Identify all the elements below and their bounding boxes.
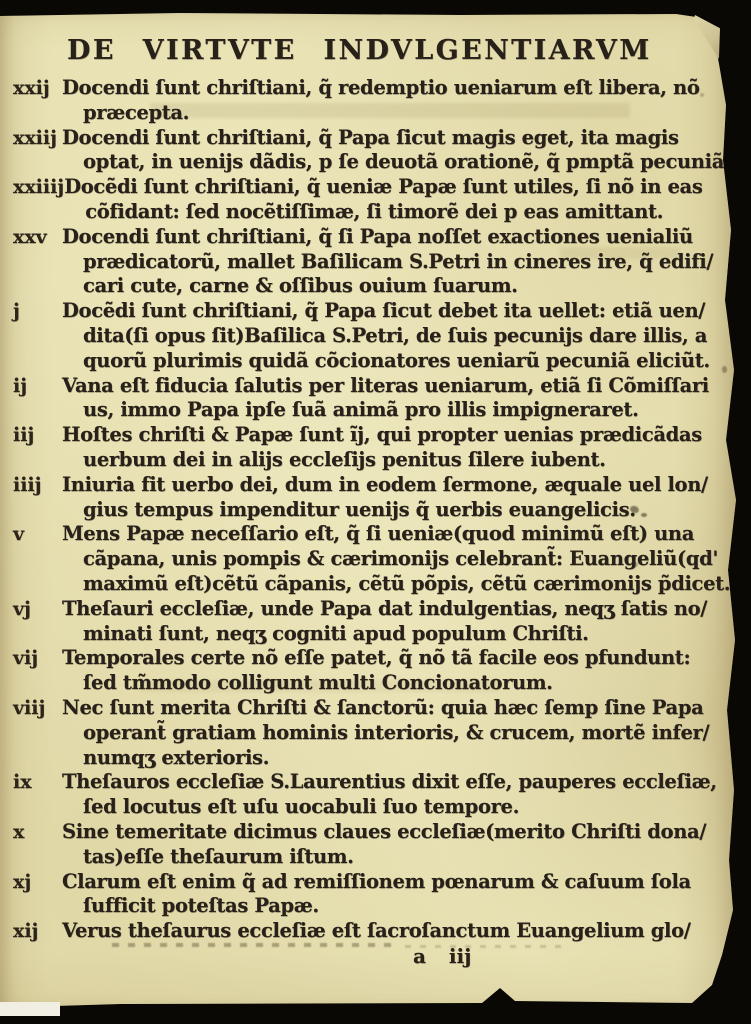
thesis-line: optat, in uenijs dãdis, p ſe deuotã orat… bbox=[62, 150, 751, 175]
thesis-row: xj Clarum eſt enim q̃ ad remiſſionem pœn… bbox=[0, 870, 751, 920]
thesis-number: xxiiij bbox=[0, 175, 64, 200]
thesis-line: Theſauri eccleſiæ, unde Papa dat indulge… bbox=[62, 597, 751, 622]
thesis-line: Docendi ſunt chriſtiani, q̃ redemptio ue… bbox=[62, 76, 751, 101]
thesis-number: vj bbox=[0, 597, 62, 622]
thesis-number: j bbox=[0, 299, 62, 324]
thesis-line: Sine temeritate dicimus claues eccleſiæ(… bbox=[62, 820, 751, 845]
thesis-line: operant̃ gratiam hominis interioris, & c… bbox=[62, 721, 751, 746]
thesis-number: iij bbox=[0, 423, 62, 448]
thesis-row: x Sine temeritate dicimus claues eccleſi… bbox=[0, 820, 751, 870]
thesis-number: viij bbox=[0, 696, 62, 721]
thesis-line: cari cute, carne & oſſibus ouium ſuarum. bbox=[62, 274, 751, 299]
thesis-row: vij Temporales certe nõ eſſe patet, q̃ n… bbox=[0, 646, 751, 696]
thesis-line: maximũ eſt)cẽtũ cãpanis, cẽtũ põpis, cẽt… bbox=[62, 572, 751, 597]
thesis-line: cãpana, unis pompis & cærimonijs celebra… bbox=[62, 547, 751, 572]
thesis-number: xj bbox=[0, 870, 62, 895]
thesis-number: xij bbox=[0, 919, 62, 944]
thesis-number: x bbox=[0, 820, 62, 845]
thesis-row: xxiiij Docẽdi ſunt chriſtiani, q̃ ueniæ … bbox=[0, 175, 751, 225]
book-scan: DE VIRTVTE INDVLGENTIARVM xxij Docendi ſ… bbox=[0, 0, 751, 1024]
thesis-number: xxv bbox=[0, 225, 62, 250]
thesis-line: Clarum eſt enim q̃ ad remiſſionem pœnaru… bbox=[62, 870, 751, 895]
thesis-line: Temporales certe nõ eſſe patet, q̃ nõ tã… bbox=[62, 646, 751, 671]
thesis-line: Docẽdi ſunt chriſtiani, q̃ ueniæ Papæ ſu… bbox=[64, 175, 751, 200]
thesis-line: Hoſtes chriſti & Papæ ſunt ĩj, qui propt… bbox=[62, 423, 751, 448]
book-page: DE VIRTVTE INDVLGENTIARVM xxij Docendi ſ… bbox=[0, 0, 751, 1024]
thesis-line: Docendi ſunt chriſtiani, q̃ Papa ſicut m… bbox=[62, 126, 751, 151]
thesis-number: iiij bbox=[0, 473, 62, 498]
thesis-line: cõfidant: ſed nocẽtiſſimæ, ſi timorẽ dei… bbox=[64, 200, 751, 225]
page-title: DE VIRTVTE INDVLGENTIARVM bbox=[67, 35, 652, 66]
thesis-line: Iniuria fit uerbo dei, dum in eodem ſerm… bbox=[62, 473, 751, 498]
thesis-number: xxij bbox=[0, 76, 62, 101]
thesis-number: ix bbox=[0, 770, 62, 795]
thesis-row: iiij Iniuria fit uerbo dei, dum in eodem… bbox=[0, 473, 751, 523]
thesis-number: vij bbox=[0, 646, 62, 671]
scanner-bed-sliver bbox=[0, 1002, 60, 1016]
thesis-row: xxiij Docendi ſunt chriſtiani, q̃ Papa ſ… bbox=[0, 126, 751, 176]
thesis-line: dita(ſi opus ſit)Baſilica S.Petri, de ſu… bbox=[62, 324, 751, 349]
thesis-line: numqʒ exterioris. bbox=[62, 746, 751, 771]
quire-signature: a iij bbox=[0, 944, 751, 969]
thesis-row: viij Nec ſunt merita Chriſti & ſanctorũ:… bbox=[0, 696, 751, 770]
thesis-row: vj Theſauri eccleſiæ, unde Papa dat indu… bbox=[0, 597, 751, 647]
thesis-number: xxiij bbox=[0, 126, 62, 151]
thesis-line: Theſauros eccleſiæ S.Laurentius dixit eſ… bbox=[62, 770, 751, 795]
thesis-number: v bbox=[0, 522, 62, 547]
thesis-line: Nec ſunt merita Chriſti & ſanctorũ: quia… bbox=[62, 696, 751, 721]
thesis-row: xxij Docendi ſunt chriſtiani, q̃ redempt… bbox=[0, 76, 751, 126]
theses-list: xxij Docendi ſunt chriſtiani, q̃ redempt… bbox=[0, 76, 751, 969]
thesis-line: Docendi ſunt chriſtiani, q̃ ſi Papa noſſ… bbox=[62, 225, 751, 250]
thesis-line: ſed tm̃modo colligunt multi Concionatoru… bbox=[62, 671, 751, 696]
thesis-row: v Mens Papæ neceſſario eſt, q̃ ſi ueniæ(… bbox=[0, 522, 751, 596]
thesis-row: ij Vana eſt fiducia ſalutis per literas … bbox=[0, 374, 751, 424]
thesis-line: gius tempus impenditur uenijs q̃ uerbis … bbox=[62, 498, 751, 523]
thesis-line: Mens Papæ neceſſario eſt, q̃ ſi ueniæ(qu… bbox=[62, 522, 751, 547]
thesis-number: ij bbox=[0, 374, 62, 399]
thesis-line: quorũ plurimis quidã cõcionatores ueniar… bbox=[62, 349, 751, 374]
thesis-row: iij Hoſtes chriſti & Papæ ſunt ĩj, qui p… bbox=[0, 423, 751, 473]
thesis-line: Vana eſt fiducia ſalutis per literas uen… bbox=[62, 374, 751, 399]
thesis-row: j Docẽdi ſunt chriſtiani, q̃ Papa ſicut … bbox=[0, 299, 751, 373]
thesis-line: Verus theſaurus eccleſiæ eſt ſacroſanctu… bbox=[62, 919, 751, 944]
thesis-line: ſufficit poteſtas Papæ. bbox=[62, 894, 751, 919]
thesis-line: us, immo Papa ipſe ſuã animã pro illis i… bbox=[62, 398, 751, 423]
thesis-line: prædicatorũ, mallet Baſilicam S.Petri in… bbox=[62, 250, 751, 275]
thesis-line: uerbum dei in alijs eccleſijs penitus ſi… bbox=[62, 448, 751, 473]
thesis-row: xxv Docendi ſunt chriſtiani, q̃ ſi Papa … bbox=[0, 225, 751, 299]
thesis-row: ix Theſauros eccleſiæ S.Laurentius dixit… bbox=[0, 770, 751, 820]
thesis-line: ſed locutus eſt uſu uocabuli ſuo tempore… bbox=[62, 795, 751, 820]
thesis-line: tas)eſſe theſaurum iſtum. bbox=[62, 845, 751, 870]
thesis-line: minati ſunt, neqʒ cogniti apud populum C… bbox=[62, 622, 751, 647]
thesis-row: xij Verus theſaurus eccleſiæ eſt ſacroſa… bbox=[0, 919, 751, 944]
thesis-line: Docẽdi ſunt chriſtiani, q̃ Papa ſicut de… bbox=[62, 299, 751, 324]
thesis-line: præcepta. bbox=[62, 101, 751, 126]
